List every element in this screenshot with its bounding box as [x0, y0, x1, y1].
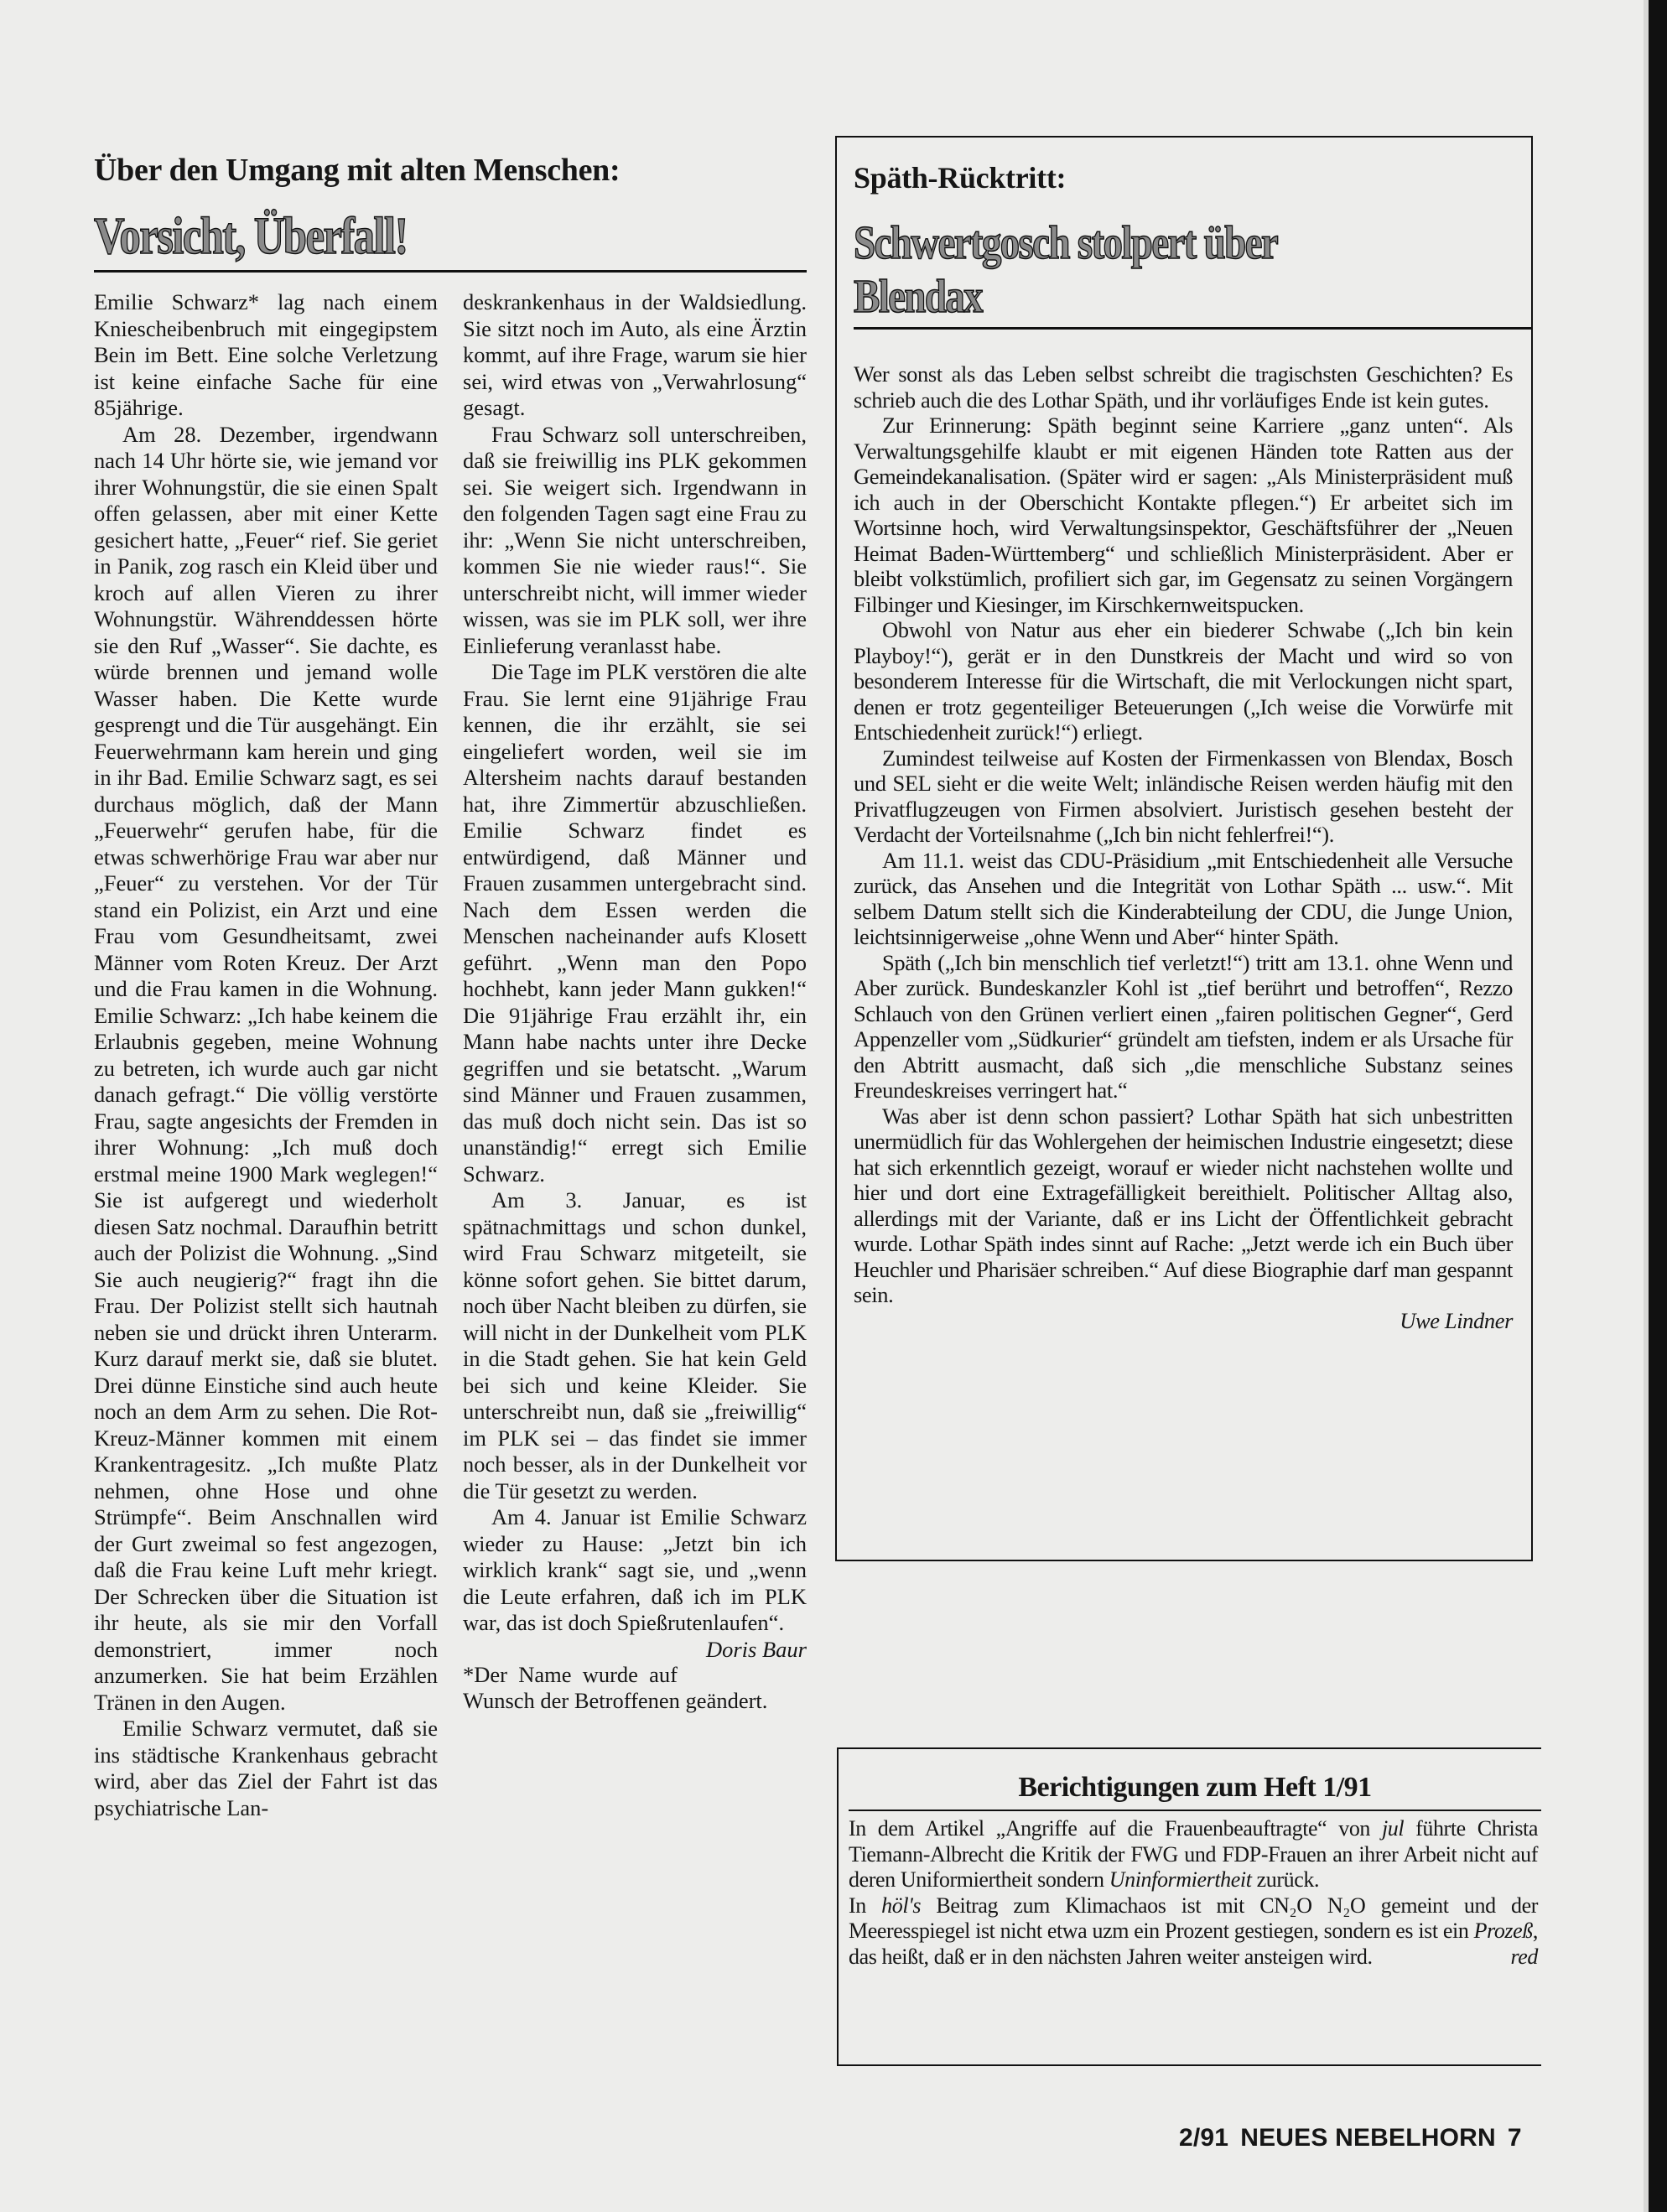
article-vorsicht-ueberfall: Über den Umgang mit alten Menschen: Vors… — [94, 151, 807, 1821]
publication-name: NEUES NEBELHORN — [1240, 2124, 1496, 2152]
headline-rule — [854, 327, 1533, 330]
column-2: deskrankenhaus in der Waldsiedlung. Sie … — [463, 289, 807, 1821]
text: Beitrag zum Klimachaos ist mit CN₂O N₂O … — [849, 1893, 1538, 1944]
correction-1: In dem Artikel „Angriffe auf die Frauenb… — [849, 1816, 1538, 1893]
corrections-title: Berichtigungen zum Heft 1/91 — [849, 1771, 1541, 1804]
article-headline: Schwertgosch stolpert über Blendax — [854, 216, 1407, 324]
text: In dem Artikel „Angriffe auf die Frauenb… — [849, 1816, 1382, 1841]
paragraph: Am 4. Januar ist Emilie Schwarz wieder z… — [463, 1504, 807, 1637]
paragraph: Zur Erinnerung: Späth beginnt seine Karr… — [854, 413, 1513, 617]
author-abbrev: höl's — [881, 1893, 921, 1918]
corrections-box: Berichtigungen zum Heft 1/91 In dem Arti… — [837, 1747, 1541, 2066]
paragraph: Emilie Schwarz vermutet, daß sie ins stä… — [94, 1716, 438, 1821]
corrections-signature: red — [1511, 1945, 1539, 1971]
paragraph: deskrankenhaus in der Waldsiedlung. Sie … — [463, 289, 807, 422]
paragraph: Am 28. Dezember, irgendwann nach 14 Uhr … — [94, 422, 438, 1716]
paragraph: Zumindest teilweise auf Kosten der Firme… — [854, 745, 1513, 848]
author-abbrev: jul — [1382, 1816, 1404, 1841]
author-byline: Uwe Lindner — [854, 1308, 1513, 1334]
author-byline: Doris Baur — [678, 1637, 807, 1664]
paragraph: Was aber ist denn schon passiert? Lothar… — [854, 1103, 1513, 1308]
article-headline: Vorsicht, Überfall! — [94, 206, 678, 267]
paragraph: Obwohl von Natur aus eher ein biederer S… — [854, 617, 1513, 745]
footnote: *Der Name wurde auf Wunsch der Betroffen… — [463, 1662, 807, 1715]
paragraph: Späth („Ich bin menschlich tief verletzt… — [854, 950, 1513, 1103]
paragraph: Am 3. Januar, es ist spätnachmittags und… — [463, 1187, 807, 1504]
article-kicker: Späth-Rücktritt: — [854, 159, 1513, 196]
paragraph: Wer sonst als das Leben selbst schreibt … — [854, 361, 1513, 413]
article-columns: Emilie Schwarz* lag nach einem Knieschei… — [94, 289, 807, 1821]
text: zurück. — [1252, 1867, 1320, 1892]
emphasis: Prozeß — [1474, 1919, 1533, 1943]
page-edge — [1649, 0, 1667, 2212]
corrections-body: In dem Artikel „Angriffe auf die Frauenb… — [849, 1816, 1541, 1970]
headline-rule — [94, 270, 807, 273]
issue-number: 2/91 — [1179, 2124, 1228, 2152]
article-kicker: Über den Umgang mit alten Menschen: — [94, 151, 807, 190]
page-footer: 2/91NEUES NEBELHORN7 — [1179, 2124, 1534, 2152]
column-1: Emilie Schwarz* lag nach einem Knieschei… — [94, 289, 438, 1821]
paragraph: Am 11.1. weist das CDU-Präsidium „mit En… — [854, 848, 1513, 950]
paragraph: Die Tage im PLK verstören die alte Frau.… — [463, 659, 807, 1187]
paragraph: Emilie Schwarz* lag nach einem Knieschei… — [94, 289, 438, 422]
paragraph: Frau Schwarz soll unterschreiben, daß si… — [463, 422, 807, 660]
page-number: 7 — [1508, 2124, 1522, 2152]
correction-2: In höl's Beitrag zum Klimachaos ist mit … — [849, 1893, 1538, 1971]
article-spaeth-ruecktritt: Späth-Rücktritt: Schwertgosch stolpert ü… — [835, 136, 1533, 1561]
paragraph-text: Am 4. Januar ist Emilie Schwarz wieder z… — [463, 1504, 807, 1635]
emphasis: Uninformiertheit — [1109, 1867, 1252, 1892]
corrections-rule — [849, 1810, 1541, 1811]
article-body: Wer sonst als das Leben selbst schreibt … — [854, 361, 1513, 1333]
text: In — [849, 1893, 881, 1918]
